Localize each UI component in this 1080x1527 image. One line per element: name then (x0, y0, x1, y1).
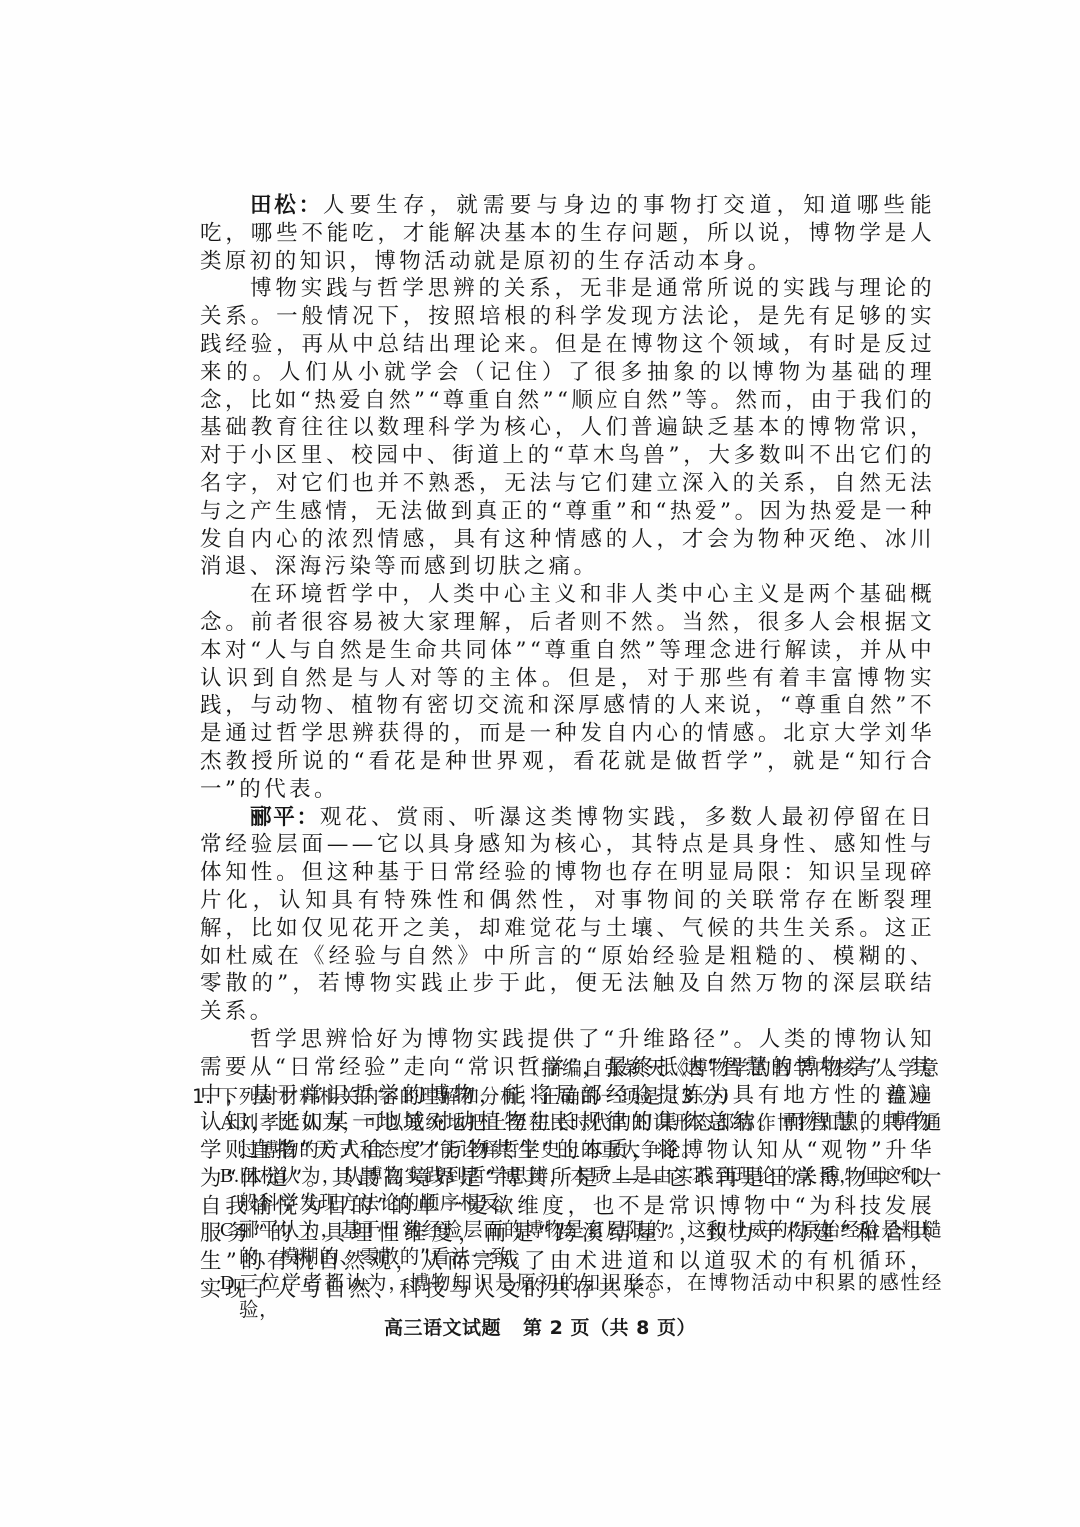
question-stem: 1. 下列对材料相关内容的理解和分析，正确的一项是（3 分） (192, 1083, 942, 1110)
option-label: A. (220, 1110, 241, 1137)
passage-paragraph-2: 博物实践与哲学思辨的关系，无非是通常所说的实践与理论的关系。一般情况下，按照培根… (200, 275, 935, 581)
option-label: C. (220, 1217, 240, 1244)
speaker-name: 田松： (250, 193, 323, 218)
question-1: 1. 下列对材料相关内容的理解和分析，正确的一项是（3 分） A.刘孝廷认为，可… (192, 1083, 942, 1324)
page-number: 第 2 页（共 8 页） (523, 1317, 696, 1339)
exam-page: 田松：人要生存，就需要与身边的事物打交道，知道哪些能吃，哪些不能吃，才能解决基本… (0, 0, 1080, 1527)
option-text: 郦平认为，基于日常经验层面的博物是有局限的。这和杜威的“原始经验是粗糙的、模糊的… (239, 1218, 942, 1268)
paragraph-text: 观花、赏雨、听瀑这类博物实践，多数人最初停留在日常经验层面——它以具身感知为核心… (200, 805, 935, 1025)
exam-title: 高三语文试题 (384, 1317, 501, 1339)
paragraph-text: 博物实践与哲学思辨的关系，无非是通常所说的实践与理论的关系。一般情况下，按照培根… (200, 276, 935, 579)
option-text: 刘孝廷认为，可以笼统地把上至初民时代的知识形态都称作博物知识，只有通过博物的方式… (239, 1111, 942, 1161)
passage-paragraph-3: 在环境哲学中，人类中心主义和非人类中心主义是两个基础概念。前者很容易被大家理解，… (200, 581, 935, 803)
option-a: A.刘孝廷认为，可以笼统地把上至初民时代的知识形态都称作博物知识，只有通过博物的… (220, 1110, 942, 1163)
option-c: C.郦平认为，基于日常经验层面的博物是有局限的。这和杜威的“原始经验是粗糙的、模… (220, 1217, 942, 1270)
option-label: D. (220, 1270, 241, 1297)
passage-paragraph-1: 田松：人要生存，就需要与身边的事物打交道，知道哪些能吃，哪些不能吃，才能解决基本… (200, 192, 935, 275)
page-footer: 高三语文试题第 2 页（共 8 页） (0, 1313, 1080, 1340)
paragraph-text: 在环境哲学中，人类中心主义和非人类中心主义是两个基础概念。前者很容易被大家理解，… (200, 582, 935, 802)
option-label: B. (220, 1163, 240, 1190)
option-b: B.田松认为，从博物实践到哲学思辨，本质上是由实践到理论的关系，但这和一般科学发… (220, 1163, 942, 1216)
option-text: 田松认为，从博物实践到哲学思辨，本质上是由实践到理论的关系，但这和一般科学发现方… (239, 1164, 942, 1214)
speaker-name: 郦平： (250, 805, 320, 830)
passage-paragraph-4: 郦平：观花、赏雨、听瀑这类博物实践，多数人最初停留在日常经验层面——它以具身感知… (200, 804, 935, 1026)
